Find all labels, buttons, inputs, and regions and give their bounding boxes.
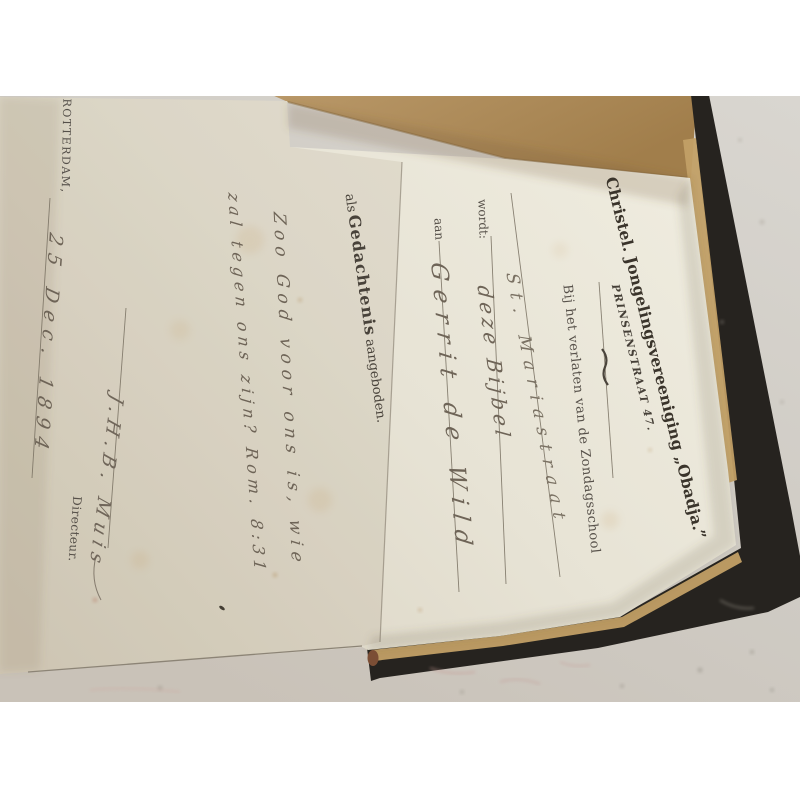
cover-corner-wear [368,650,379,666]
letterbox-bottom [0,702,800,800]
wordt-label: wordt: [475,199,490,239]
book-photograph: Christel. Jongelingsvereeniging „Obadja.… [0,0,800,800]
place-label: ROTTERDAM, [59,98,74,193]
dedication-pre: als [342,193,359,214]
aan-label: aan [431,218,446,241]
letterbox-top [0,0,800,96]
